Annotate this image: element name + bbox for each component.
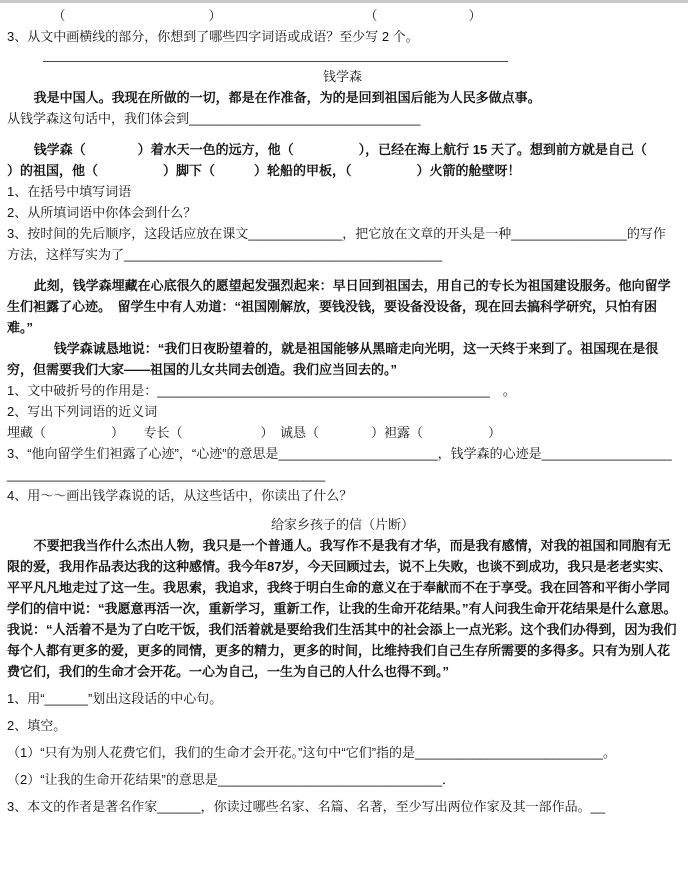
question-line: 3、从文中画横线的部分，你想到了哪些四字词语或成语？至少写 2 个。	[7, 26, 678, 47]
question-line: 3、“他向留学生们袒露了心迹”，“心迹”的意思是________________…	[7, 443, 678, 485]
question-line: 4、用～～画出钱学森说的话，从这些话中，你读出了什么？	[7, 485, 678, 506]
question-line: 3、本文的作者是著名作家______，你读过哪些名家、名篇、名著，至少写出两位作…	[7, 796, 678, 817]
passage-quote: 我是中国人。我现在所做的一切，都是在作准备，为的是回到祖国后能为人民多做点事。	[7, 87, 678, 108]
qianxuesen-questions: 1、在括号中填写词语2、从所填词语中你体会到什么？3、按时间的先后顺序，这段话应…	[7, 181, 678, 265]
passage2-para2: 钱学森诚恳地说：“我们日夜盼望着的，就是祖国能够从黑暗走向光明，这一天终于来到了…	[7, 338, 678, 380]
passage-title-letter: 给家乡孩子的信（片断）	[7, 514, 678, 535]
worksheet-page: （ ） （ ） 3、从文中画横线的部分，你想到了哪些四字词语或成语？至少写 2 …	[0, 0, 688, 882]
question-line: 2、写出下列词语的近义词	[7, 401, 678, 422]
bracket-row: （ ） （ ）	[7, 5, 678, 26]
question-line: 2、从所填词语中你体会到什么？	[7, 202, 678, 223]
passage-title-qianxuesen: 钱学森	[7, 66, 678, 87]
passage2-questions: 1、文中破折号的作用是：____________________________…	[7, 380, 678, 506]
question-line: 1、在括号中填写词语	[7, 181, 678, 202]
question-line: 1、文中破折号的作用是：____________________________…	[7, 380, 678, 401]
letter-questions: 1、用“______”划出这段话的中心句。2、填空。（1）“只有为别人花费它们，…	[7, 688, 678, 817]
passage2-para1: 此刻，钱学森埋藏在心底很久的愿望起发强烈起来：早日回到祖国去，用自己的专长为祖国…	[7, 275, 678, 338]
fill-blank-passage: 钱学森（ ）着水天一色的远方，他（ ），已经在海上航行 15 天了。想到前方就是…	[7, 139, 678, 181]
answer-blank-line	[43, 61, 508, 62]
question-line: 1、用“______”划出这段话的中心句。	[7, 688, 678, 709]
letter-paragraph: 不要把我当作什么杰出人物，我只是一个普通人。我写作不是我有才华，而是我有感情，对…	[7, 535, 678, 682]
question-line: （2）“让我的生命开花结果”的意思是______________________…	[7, 769, 678, 790]
question-line: 2、填空。	[7, 715, 678, 736]
question-line: （1）“只有为别人花费它们，我们的生命才会开花。”这句中“它们”指的是_____…	[7, 742, 678, 763]
followup-line: 从钱学森这句话中，我们体会到__________________________…	[7, 108, 678, 129]
question-line: 埋藏（ ） 专长（ ） 诚恳（ ）袒露（ ）	[7, 422, 678, 443]
question-line: 3、按时间的先后顺序，这段话应放在课文_____________，把它放在文章的…	[7, 223, 678, 265]
